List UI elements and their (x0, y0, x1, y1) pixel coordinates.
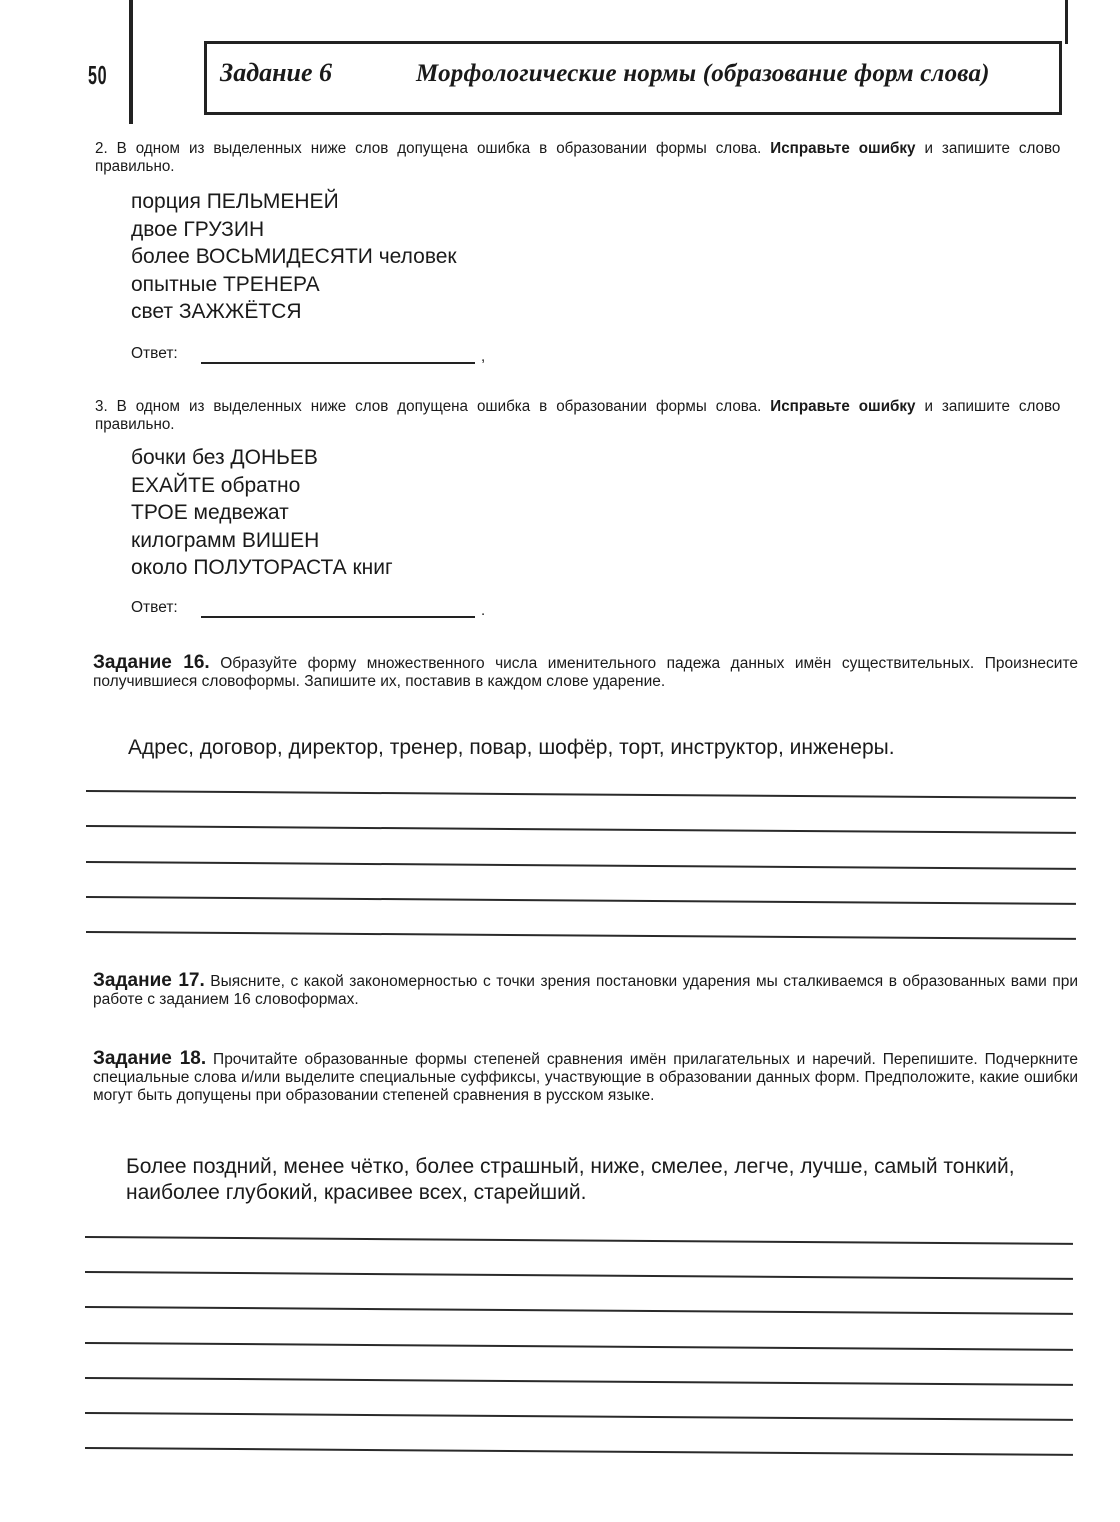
writing-line[interactable] (85, 1447, 1073, 1456)
page-number: 50 (88, 60, 107, 91)
section-task-label: Задание 6 (220, 58, 332, 88)
word-item: около ПОЛУТОРАСТА книг (131, 554, 393, 582)
instruction-text: В одном из выделенных ниже слов допущена… (117, 140, 762, 157)
task-16-text: Образуйте форму множественного числа име… (93, 655, 1078, 690)
word-item: килограмм ВИШЕН (131, 527, 393, 555)
word-item: ТРОЕ медвежат (131, 499, 393, 527)
task-17-label: Задание 17. (93, 970, 205, 991)
task-18-words: Более поздний, менее чётко, более страшн… (126, 1154, 1076, 1206)
task-17-text: Выясните, с какой закономерностью с точк… (93, 973, 1078, 1008)
writing-line[interactable] (85, 1342, 1073, 1351)
margin-rule (129, 0, 133, 124)
exercise-number: 3. (95, 398, 108, 415)
instruction-bold: Исправьте ошибку (770, 398, 915, 415)
word-item: ЕХАЙТЕ обратно (131, 472, 393, 500)
writing-line[interactable] (85, 1377, 1073, 1386)
task-18-text: Прочитайте образованные формы степеней с… (93, 1051, 1078, 1104)
task-16: Задание 16. Образуйте форму множественно… (93, 654, 1078, 691)
word-item: опытные ТРЕНЕРА (131, 271, 457, 299)
instruction-text: В одном из выделенных ниже слов допущена… (117, 398, 762, 415)
word-item: порция ПЕЛЬМЕНЕЙ (131, 188, 457, 216)
writing-line[interactable] (86, 931, 1076, 940)
answer-label: Ответ: (131, 599, 178, 617)
answer-field-2[interactable] (201, 362, 475, 364)
answer-label: Ответ: (131, 345, 178, 363)
task-16-label: Задание 16. (93, 652, 210, 673)
answer-punctuation: , (481, 348, 485, 365)
section-title: Морфологические нормы (образование форм … (416, 60, 990, 88)
exercise-2-instruction: 2. В одном из выделенных ниже слов допущ… (95, 140, 1060, 176)
exercise-2-word-list: порция ПЕЛЬМЕНЕЙ двое ГРУЗИН более ВОСЬМ… (131, 188, 457, 326)
task-17: Задание 17. Выясните, с какой закономерн… (93, 972, 1078, 1009)
task-18-label: Задание 18. (93, 1048, 206, 1069)
writing-line[interactable] (85, 1271, 1073, 1280)
word-item: более ВОСЬМИДЕСЯТИ человек (131, 243, 457, 271)
task-18: Задание 18. Прочитайте образованные форм… (93, 1050, 1078, 1105)
word-item: бочки без ДОНЬЕВ (131, 444, 393, 472)
writing-line[interactable] (86, 896, 1076, 905)
answer-punctuation: . (481, 602, 485, 619)
answer-field-3[interactable] (201, 616, 475, 618)
exercise-3-word-list: бочки без ДОНЬЕВ ЕХАЙТЕ обратно ТРОЕ мед… (131, 444, 393, 582)
writing-line[interactable] (86, 861, 1076, 870)
writing-line[interactable] (86, 790, 1076, 799)
writing-line[interactable] (86, 825, 1076, 834)
task-16-words: Адрес, договор, директор, тренер, повар,… (128, 735, 895, 761)
exercise-3-instruction: 3. В одном из выделенных ниже слов допущ… (95, 398, 1060, 434)
writing-line[interactable] (85, 1306, 1073, 1315)
writing-line[interactable] (85, 1412, 1073, 1421)
writing-line[interactable] (85, 1236, 1073, 1245)
instruction-bold: Исправьте ошибку (770, 140, 915, 157)
exercise-number: 2. (95, 140, 108, 157)
word-item: свет ЗАЖЖЁТСЯ (131, 298, 457, 326)
margin-rule-right (1065, 0, 1068, 44)
word-item: двое ГРУЗИН (131, 216, 457, 244)
